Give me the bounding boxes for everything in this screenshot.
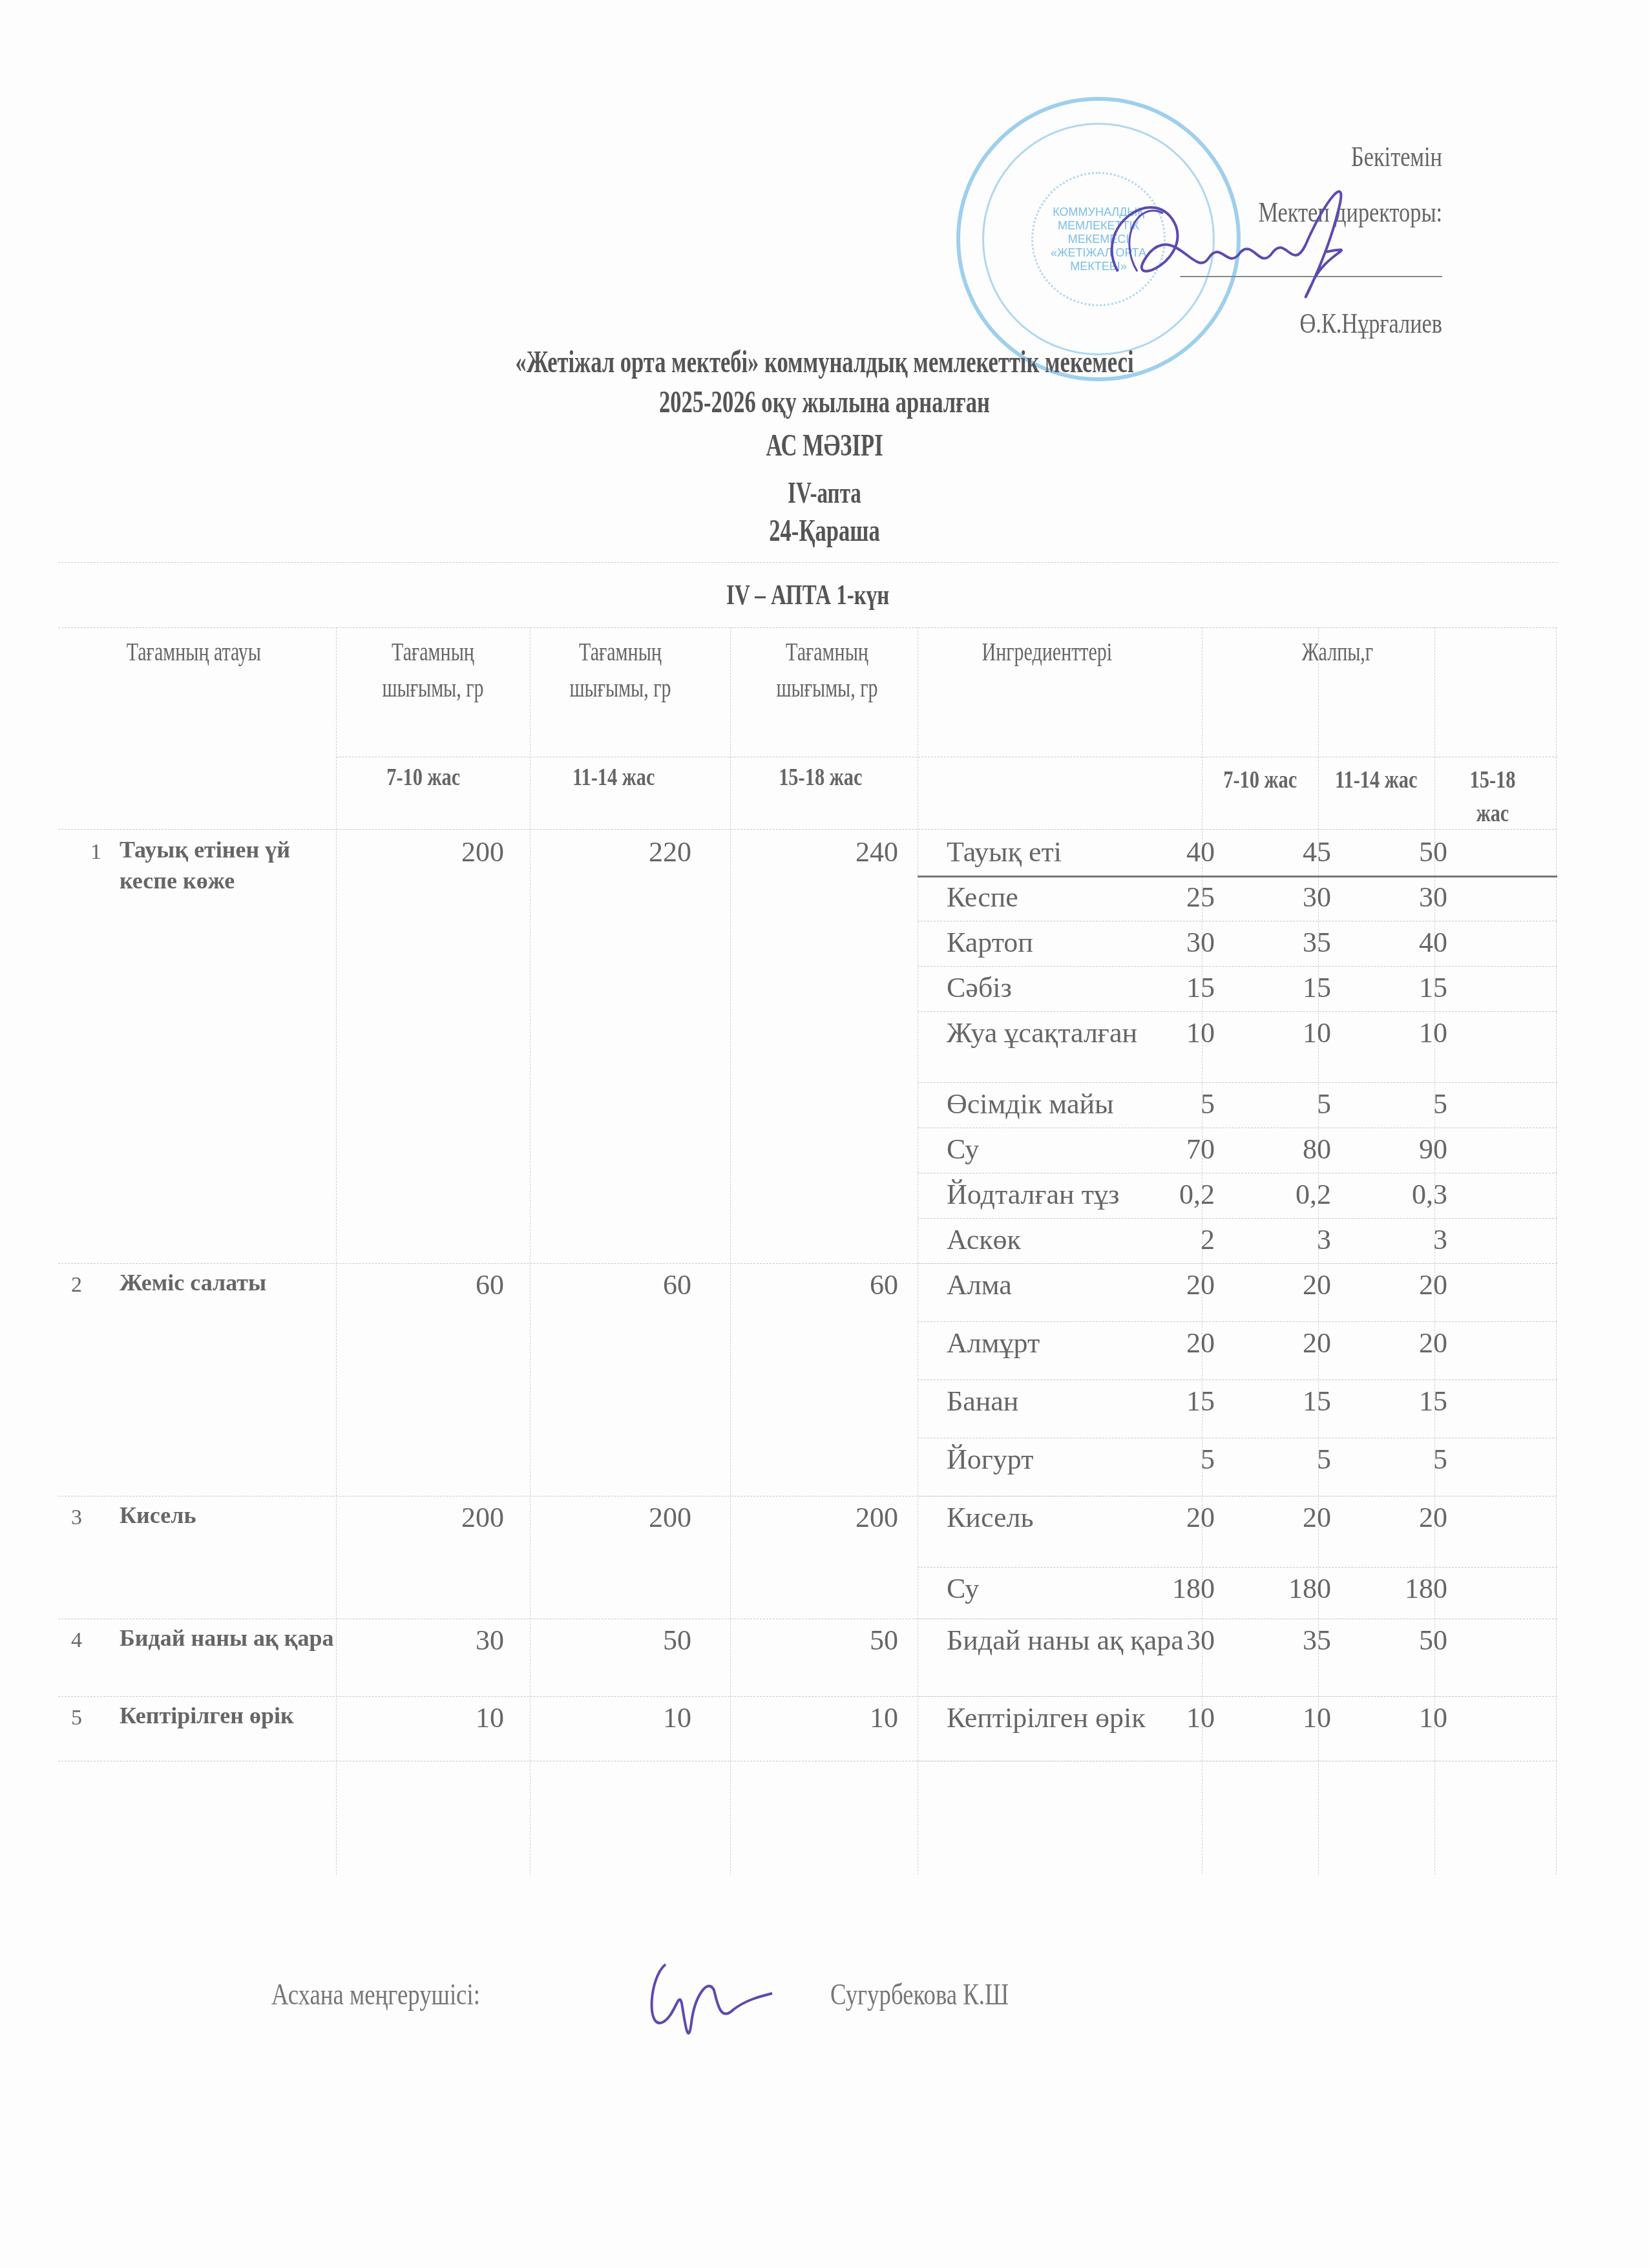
ingredient-amount: 0,2	[1234, 1177, 1331, 1213]
ingredient-amount: 15	[1118, 970, 1215, 1006]
dish-number: 4	[71, 1622, 82, 1659]
institution-name: «Жетіжал орта мектебі» коммуналдық мемле…	[231, 342, 1418, 383]
ingredient-row: Су708090	[918, 1131, 1557, 1177]
row-divider	[58, 1761, 1557, 1761]
row-divider	[918, 1438, 1557, 1438]
dish-number: 2	[71, 1267, 82, 1303]
ingredient-amount: 25	[1118, 879, 1215, 916]
ingredient-amount: 30	[1350, 879, 1447, 916]
director-signature-icon	[1079, 174, 1383, 323]
dish-number: 3	[71, 1500, 82, 1536]
row-divider	[918, 1380, 1557, 1380]
ingredient-amount: 10	[1234, 1015, 1331, 1051]
ingredient-amount: 20	[1350, 1267, 1447, 1303]
menu-date: 24-Қараша	[231, 512, 1418, 551]
row-divider	[918, 1173, 1557, 1173]
col-header-ingredients: Ингредиенттері	[918, 634, 1176, 670]
menu-table: IV – АПТА 1-күн Тағамның атауы Тағамның …	[58, 562, 1557, 1887]
dish-name: Бидай наны ақ қара	[120, 1622, 339, 1654]
ingredient-row: Банан151515	[918, 1383, 1557, 1442]
ingredient-amount: 70	[1118, 1131, 1215, 1168]
row-divider	[58, 1619, 1557, 1619]
ingredient-row: Тауық еті404550	[918, 834, 1557, 879]
ingredient-amount: 2	[1118, 1222, 1215, 1258]
menu-grid: Тағамның атауы Тағамның шығымы, гр Тағам…	[58, 627, 1557, 1887]
row-divider	[918, 1011, 1557, 1012]
ingredient-amount: 20	[1234, 1325, 1331, 1361]
ingredient-amount: 40	[1350, 925, 1447, 961]
ingredient-amount: 35	[1234, 1622, 1331, 1659]
ingredient-amount: 15	[1350, 1383, 1447, 1420]
week-label: IV-апта	[231, 474, 1418, 512]
canteen-manager-label: Асхана меңгерушісі:	[271, 1977, 480, 2011]
ingredient-row: Кисель202020	[918, 1500, 1557, 1571]
ingredient-row: Өсімдік майы555	[918, 1086, 1557, 1131]
row-divider	[58, 1263, 1557, 1264]
dish-output-value: 60	[743, 1267, 898, 1303]
dish-output-value: 50	[743, 1622, 898, 1659]
ingredient-amount: 30	[1118, 1622, 1215, 1659]
ingredient-amount: 15	[1350, 970, 1447, 1006]
ingredient-amount: 45	[1234, 834, 1331, 870]
row-divider	[58, 627, 1557, 628]
dish-name: Кисель	[120, 1500, 339, 1531]
dish-output-value: 220	[536, 834, 691, 870]
ingredient-amount: 30	[1234, 879, 1331, 916]
dish-output-value: 200	[349, 1500, 504, 1536]
ingredient-amount: 30	[1118, 925, 1215, 961]
ingredient-amount: 20	[1234, 1267, 1331, 1303]
ingredient-amount: 5	[1350, 1442, 1447, 1478]
ingredient-amount: 10	[1234, 1700, 1331, 1736]
dish-output-value: 60	[349, 1267, 504, 1303]
ingredient-amount: 0,3	[1350, 1177, 1447, 1213]
dish-output-value: 60	[536, 1267, 691, 1303]
ingredient-row: Кептірілген өрік101010	[918, 1700, 1557, 1765]
ingredient-amount: 10	[1118, 1015, 1215, 1051]
ingredient-row: Алма202020	[918, 1267, 1557, 1325]
row-divider	[918, 876, 1557, 877]
row-divider	[918, 966, 1557, 967]
ingredient-row: Сәбіз151515	[918, 970, 1557, 1015]
dish-number: 5	[71, 1700, 82, 1736]
dish-output-value: 10	[349, 1700, 504, 1736]
row-divider	[918, 1082, 1557, 1083]
age-11-14: 11-14 жас	[536, 763, 691, 792]
ingredient-row: Жуа ұсақталған101010	[918, 1015, 1557, 1086]
dish-number: 1	[90, 834, 101, 870]
row-divider	[918, 1218, 1557, 1219]
ingredient-amount: 15	[1118, 1383, 1215, 1420]
row-divider	[918, 1567, 1557, 1568]
ingredient-amount: 10	[1350, 1700, 1447, 1736]
column-divider	[336, 627, 337, 1874]
col-header-total: Жалпы,г	[1208, 634, 1467, 670]
row-divider	[918, 1128, 1557, 1128]
ingredient-amount: 180	[1118, 1571, 1215, 1607]
row-divider	[918, 1321, 1557, 1322]
ingredient-amount: 3	[1350, 1222, 1447, 1258]
menu-document-page: КОММУНАЛДЫҚ МЕМЛЕКЕТТІК МЕКЕМЕСІ «ЖЕТІЖА…	[0, 0, 1649, 2268]
ingredient-amount: 5	[1118, 1442, 1215, 1478]
ingredient-amount: 10	[1118, 1700, 1215, 1736]
total-age-15-18: 15-18 жас	[1441, 763, 1544, 830]
ingredient-row: Кеспе253030	[918, 879, 1557, 925]
dish-output-value: 10	[743, 1700, 898, 1736]
dish-output-value: 10	[536, 1700, 691, 1736]
ingredient-amount: 35	[1234, 925, 1331, 961]
ingredient-amount: 0,2	[1118, 1177, 1215, 1213]
ingredient-amount: 40	[1118, 834, 1215, 870]
column-divider	[530, 627, 530, 1874]
ingredient-amount: 10	[1350, 1015, 1447, 1051]
row-divider	[336, 757, 1557, 757]
ingredient-amount: 20	[1234, 1500, 1331, 1536]
ingredient-row: Аскөк233	[918, 1222, 1557, 1267]
row-divider	[58, 1696, 1557, 1697]
row-divider	[58, 1496, 1557, 1496]
total-age-11-14: 11-14 жас	[1325, 763, 1428, 797]
ingredient-amount: 180	[1350, 1571, 1447, 1607]
academic-year: 2025-2026 оқу жылына арналған	[231, 383, 1418, 423]
document-header: «Жетіжал орта мектебі» коммуналдық мемле…	[0, 342, 1649, 551]
ingredient-amount: 20	[1350, 1500, 1447, 1536]
row-divider	[918, 921, 1557, 921]
row-divider	[58, 829, 1557, 830]
col-header-output-15-18: Тағамның шығымы, гр	[743, 634, 911, 706]
ingredient-amount: 5	[1234, 1086, 1331, 1122]
ingredient-amount: 15	[1234, 970, 1331, 1006]
col-header-output-11-14: Тағамның шығымы, гр	[536, 634, 704, 706]
ingredient-amount: 80	[1234, 1131, 1331, 1168]
ingredient-amount: 180	[1234, 1571, 1331, 1607]
ingredient-row: Йогурт555	[918, 1442, 1557, 1500]
dish-name: Жеміс салаты	[120, 1267, 339, 1298]
dish-output-value: 50	[536, 1622, 691, 1659]
age-7-10: 7-10 жас	[349, 763, 498, 792]
table-section-title: IV – АПТА 1-күн	[58, 562, 1557, 627]
ingredient-amount: 20	[1118, 1325, 1215, 1361]
ingredient-amount: 20	[1118, 1267, 1215, 1303]
col-header-output-7-10: Тағамның шығымы, гр	[349, 634, 517, 706]
canteen-manager-signature-icon	[643, 1951, 779, 2048]
dish-name: Тауық етінен үй кеспе көже	[120, 834, 339, 896]
age-15-18: 15-18 жас	[743, 763, 898, 792]
dish-output-value: 30	[349, 1622, 504, 1659]
column-divider	[730, 627, 731, 1874]
ingredient-amount: 90	[1350, 1131, 1447, 1168]
ingredient-amount: 15	[1234, 1383, 1331, 1420]
ingredient-row: Бидай наны ақ қара303550	[918, 1622, 1557, 1700]
total-age-7-10: 7-10 жас	[1208, 763, 1312, 797]
ingredient-row: Алмұрт202020	[918, 1325, 1557, 1383]
dish-output-value: 240	[743, 834, 898, 870]
ingredient-row: Йодталған тұз0,20,20,3	[918, 1177, 1557, 1222]
ingredient-amount: 50	[1350, 1622, 1447, 1659]
dish-name: Кептірілген өрік	[120, 1700, 339, 1731]
ingredient-amount: 5	[1350, 1086, 1447, 1122]
ingredient-amount: 20	[1350, 1325, 1447, 1361]
ingredient-row: Картоп303540	[918, 925, 1557, 970]
ingredient-amount: 50	[1350, 834, 1447, 870]
dish-output-value: 200	[743, 1500, 898, 1536]
ingredient-amount: 20	[1118, 1500, 1215, 1536]
ingredient-amount: 3	[1234, 1222, 1331, 1258]
ingredient-amount: 5	[1118, 1086, 1215, 1122]
dish-output-value: 200	[536, 1500, 691, 1536]
col-header-dish-name: Тағамның атауы	[71, 634, 317, 670]
canteen-manager-name: Сугурбекова К.Ш	[830, 1977, 1009, 2011]
ingredient-row: Су180180180	[918, 1571, 1557, 1622]
document-title: АС МӘЗІРІ	[231, 423, 1418, 469]
dish-output-value: 200	[349, 834, 504, 870]
ingredient-amount: 5	[1234, 1442, 1331, 1478]
